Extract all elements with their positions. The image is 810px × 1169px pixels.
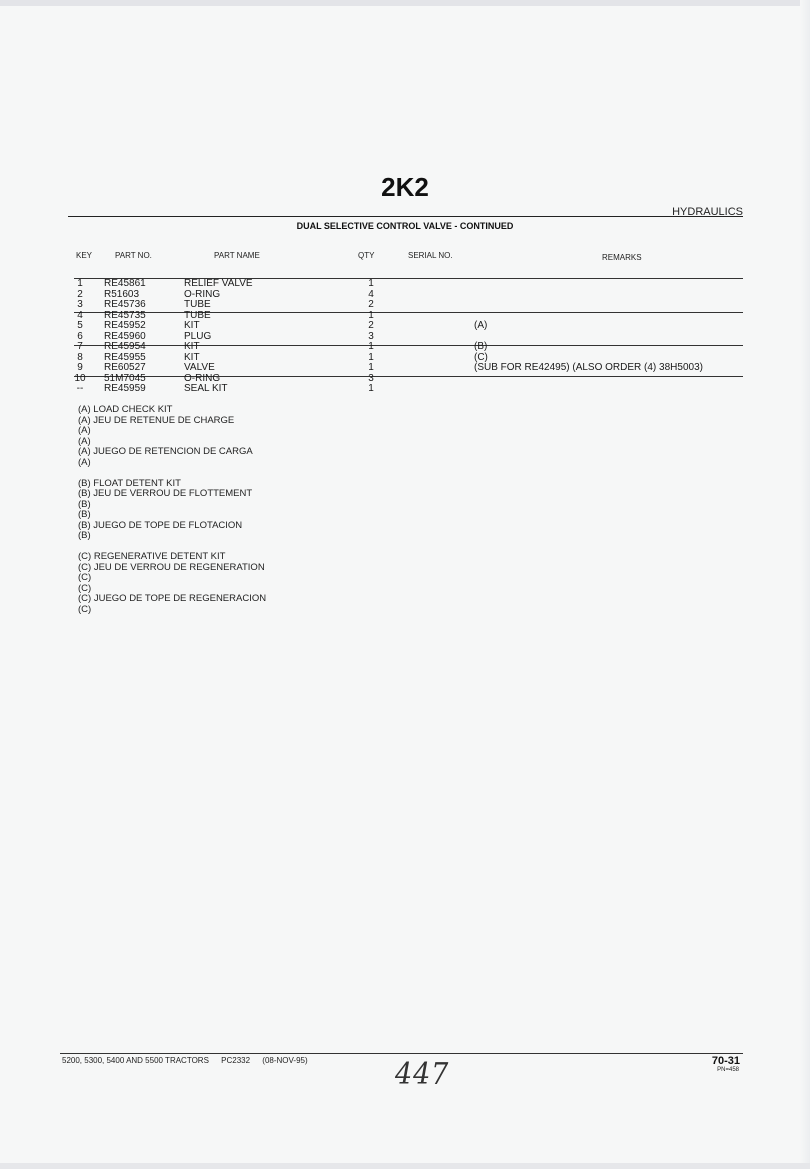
pn-label: PN=458 xyxy=(680,1067,739,1073)
cell-key: 6 xyxy=(74,332,86,342)
cell-remarks: (C) xyxy=(474,353,488,363)
cell-qty: 2 xyxy=(366,321,376,331)
cell-qty: 3 xyxy=(366,332,376,342)
note-line: (C) REGENERATIVE DETENT KIT xyxy=(78,552,266,563)
footnotes: (A) LOAD CHECK KIT(A) JEU DE RETENUE DE … xyxy=(78,405,266,615)
cell-part-no: RE45736 xyxy=(104,300,146,310)
table-row: 9RE60527VALVE1(SUB FOR RE42495) (ALSO OR… xyxy=(0,363,810,374)
page-number: 70-31 xyxy=(680,1055,740,1067)
column-header-key: KEY xyxy=(76,251,92,260)
cell-key: -- xyxy=(74,384,86,394)
footer-info: 5200, 5300, 5400 AND 5500 TRACTORS PC233… xyxy=(62,1056,318,1065)
note-line: (A) JUEGO DE RETENCION DE CARGA xyxy=(78,447,266,458)
cell-part-name: TUBE xyxy=(184,300,211,310)
cell-qty: 3 xyxy=(366,374,376,384)
cell-key: 4 xyxy=(74,311,86,321)
scan-top-edge xyxy=(0,0,810,6)
cell-qty: 1 xyxy=(366,384,376,394)
note-line: (B) xyxy=(78,531,266,542)
table-row: 5RE45952KIT2(A) xyxy=(0,321,810,332)
handwritten-number: 447 xyxy=(395,1057,449,1092)
note-line: (B) xyxy=(78,510,266,521)
note-line: (A) JEU DE RETENUE DE CHARGE xyxy=(78,416,266,427)
cell-part-no: RE45959 xyxy=(104,384,146,394)
note-line: (C) JUEGO DE TOPE DE REGENERACION xyxy=(78,594,266,605)
section-code: 2K2 xyxy=(0,172,810,203)
cell-qty: 2 xyxy=(366,300,376,310)
cell-part-no: RE45955 xyxy=(104,353,146,363)
cell-key: 8 xyxy=(74,353,86,363)
cell-key: 5 xyxy=(74,321,86,331)
cell-part-name: TUBE xyxy=(184,311,211,321)
cell-part-name: KIT xyxy=(184,353,200,363)
note-line: (A) LOAD CHECK KIT xyxy=(78,405,266,416)
footer-models: 5200, 5300, 5400 AND 5500 TRACTORS xyxy=(62,1056,209,1065)
cell-part-name: O-RING xyxy=(184,290,220,300)
cell-part-no: 51M7045 xyxy=(104,374,146,384)
cell-part-name: PLUG xyxy=(184,332,211,342)
footer-divider xyxy=(60,1053,743,1054)
cell-key: 10 xyxy=(74,374,86,384)
table-row: 7RE45954KIT1(B) xyxy=(0,342,810,353)
header-divider xyxy=(68,216,743,217)
note-line: (C) JEU DE VERROU DE REGENERATION xyxy=(78,563,266,574)
cell-part-no: RE45735 xyxy=(104,311,146,321)
table-row: 1RE45861RELIEF VALVE1 xyxy=(0,279,810,290)
column-header-serial-no: SERIAL NO. xyxy=(408,251,453,260)
page-subtitle: DUAL SELECTIVE CONTROL VALVE - CONTINUED xyxy=(0,221,810,231)
note-spacer xyxy=(78,468,266,479)
footer-date: (08-NOV-95) xyxy=(262,1056,307,1065)
table-row: --RE45959SEAL KIT1 xyxy=(0,384,810,395)
cell-remarks: (SUB FOR RE42495) (ALSO ORDER (4) 38H500… xyxy=(474,363,703,373)
cell-key: 2 xyxy=(74,290,86,300)
note-line: (B) JUEGO DE TOPE DE FLOTACION xyxy=(78,521,266,532)
cell-qty: 1 xyxy=(366,311,376,321)
cell-qty: 1 xyxy=(366,363,376,373)
note-line: (B) JEU DE VERROU DE FLOTTEMENT xyxy=(78,489,266,500)
note-line: (A) xyxy=(78,426,266,437)
note-line: (C) xyxy=(78,573,266,584)
cell-key: 7 xyxy=(74,342,86,352)
note-line: (A) xyxy=(78,458,266,469)
cell-remarks: (A) xyxy=(474,321,487,331)
cell-part-name: SEAL KIT xyxy=(184,384,228,394)
table-row: 3RE45736TUBE2 xyxy=(0,300,810,311)
column-header-part-name: PART NAME xyxy=(214,251,260,260)
cell-qty: 1 xyxy=(366,342,376,352)
cell-part-no: RE45861 xyxy=(104,279,146,289)
column-header-remarks: REMARKS xyxy=(602,253,642,262)
cell-key: 9 xyxy=(74,363,86,373)
note-line: (C) xyxy=(78,605,266,616)
note-line: (B) xyxy=(78,500,266,511)
cell-key: 1 xyxy=(74,279,86,289)
column-header-part-no: PART NO. xyxy=(115,251,152,260)
cell-part-name: KIT xyxy=(184,342,200,352)
cell-key: 3 xyxy=(74,300,86,310)
cell-part-name: O-RING xyxy=(184,374,220,384)
cell-part-no: RE45952 xyxy=(104,321,146,331)
cell-part-no: R51603 xyxy=(104,290,139,300)
scan-bottom-edge xyxy=(0,1163,810,1169)
cell-part-no: RE45960 xyxy=(104,332,146,342)
cell-part-name: KIT xyxy=(184,321,200,331)
cell-remarks: (B) xyxy=(474,342,487,352)
column-header-qty: QTY xyxy=(358,251,374,260)
cell-part-no: RE60527 xyxy=(104,363,146,373)
cell-qty: 1 xyxy=(366,279,376,289)
cell-qty: 4 xyxy=(366,290,376,300)
cell-part-no: RE45954 xyxy=(104,342,146,352)
cell-part-name: VALVE xyxy=(184,363,215,373)
footer-catalog: PC2332 xyxy=(221,1056,250,1065)
cell-part-name: RELIEF VALVE xyxy=(184,279,253,289)
cell-qty: 1 xyxy=(366,353,376,363)
